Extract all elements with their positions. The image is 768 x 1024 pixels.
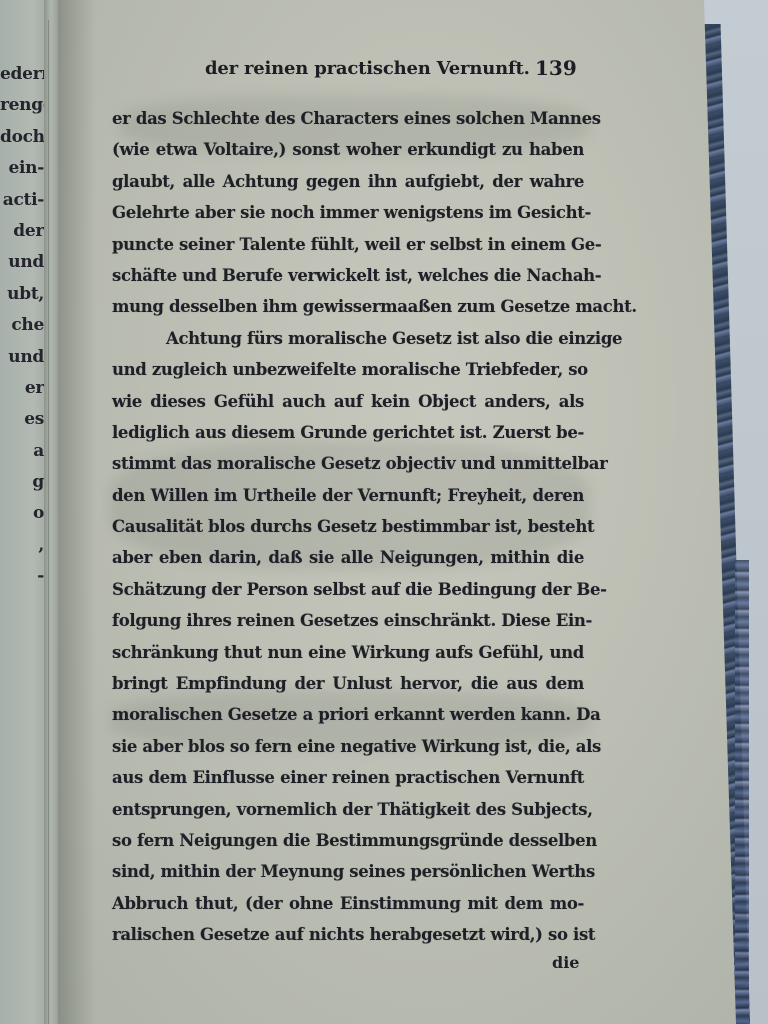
text-line: aber eben darin, daß sie alle Neigungen,…: [112, 542, 584, 573]
text-line: entsprungen, vornemlich der Thätigkeit d…: [112, 794, 584, 825]
body-text: er das Schlechte des Characters eines so…: [112, 103, 584, 951]
text-line: er das Schlechte des Characters eines so…: [112, 103, 584, 134]
text-fragment: doch: [0, 122, 44, 153]
text-line: Schätzung der Person selbst auf die Bedi…: [112, 574, 584, 605]
text-fragment: und: [0, 342, 44, 373]
text-line: puncte seiner Talente fühlt, weil er sel…: [112, 229, 584, 260]
gutter-shadow: [56, 0, 96, 1024]
text-line: stimmt das moralische Gesetz objectiv un…: [112, 448, 584, 479]
text-fragment: a: [0, 436, 44, 467]
page-number: 139: [535, 56, 577, 80]
text-line: schäfte und Berufe verwickelt ist, welch…: [112, 260, 584, 291]
book-cover-marbling: [735, 560, 749, 1024]
text-line: glaubt, alle Achtung gegen ihn aufgiebt,…: [112, 166, 584, 197]
text-fragment: renge: [0, 90, 44, 121]
text-line: Causalität blos durchs Gesetz bestimmbar…: [112, 511, 584, 542]
text-fragment: ,: [0, 530, 44, 561]
text-line: so fern Neigungen die Bestimmungsgründe …: [112, 825, 584, 856]
paragraph-start-line: Achtung fürs moralische Gesetz ist also …: [112, 323, 584, 354]
text-fragment: acti-: [0, 185, 44, 216]
text-line: wie dieses Gefühl auch auf kein Object a…: [112, 386, 584, 417]
text-fragment: o: [0, 498, 44, 529]
text-line: moralischen Gesetze a priori erkannt wer…: [112, 699, 584, 730]
text-fragment: -: [0, 561, 44, 592]
text-fragment: der: [0, 216, 44, 247]
text-line: den Willen im Urtheile der Vernunft; Fre…: [112, 480, 584, 511]
text-fragment: es: [0, 404, 44, 435]
text-line: ralischen Gesetze auf nichts herabgesetz…: [112, 919, 584, 950]
text-fragment: g: [0, 467, 44, 498]
text-fragment: edern: [0, 59, 44, 90]
text-line: schränkung thut nun eine Wirkung aufs Ge…: [112, 637, 584, 668]
text-fragment: er: [0, 373, 44, 404]
text-line: mung desselben ihm gewissermaaßen zum Ge…: [112, 291, 584, 322]
text-line: Abbruch thut, (der ohne Einstimmung mit …: [112, 888, 584, 919]
catchword: die: [552, 953, 579, 972]
text-fragment: ein-: [0, 153, 44, 184]
text-line: bringt Empfindung der Unlust hervor, die…: [112, 668, 584, 699]
text-fragment: ubt,: [0, 279, 44, 310]
text-line: (wie etwa Voltaire,) sonst woher erkundi…: [112, 134, 584, 165]
text-line: sie aber blos so fern eine negative Wirk…: [112, 731, 584, 762]
running-head: der reinen practischen Vernunft.: [205, 58, 530, 79]
page-fold: [44, 0, 58, 1024]
text-fragment: und: [0, 247, 44, 278]
text-line: aus dem Einflusse einer reinen practisch…: [112, 762, 584, 793]
text-line: lediglich aus diesem Grunde gerichtet is…: [112, 417, 584, 448]
text-line: sind, mithin der Meynung seines persönli…: [112, 856, 584, 887]
gutter-line: [48, 20, 49, 1024]
left-page-text: edern renge doch ein- acti- der und ubt,…: [0, 59, 44, 593]
text-fragment: che: [0, 310, 44, 341]
text-line: und zugleich unbezweifelte moralische Tr…: [112, 354, 584, 385]
text-line: folgung ihres reinen Gesetzes einschränk…: [112, 605, 584, 636]
text-line: Gelehrte aber sie noch immer wenigstens …: [112, 197, 584, 228]
